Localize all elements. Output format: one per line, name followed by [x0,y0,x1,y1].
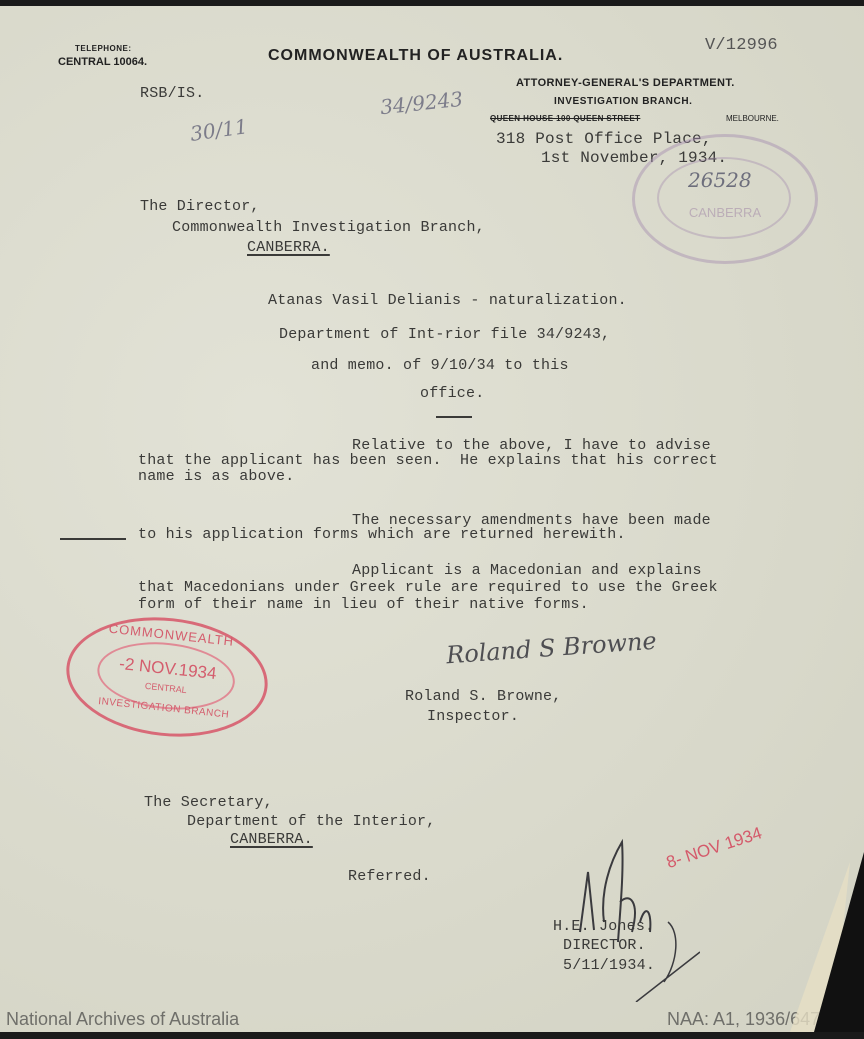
department-name: ATTORNEY-GENERAL'S DEPARTMENT. [516,77,735,89]
signer-title: Inspector. [427,708,519,725]
recipient-line-1: The Director, [140,198,260,215]
letterhead-title: COMMONWEALTH OF AUSTRALIA. [268,47,563,65]
handwritten-reference-2: 34/9243 [379,87,464,120]
para1-line-2: that the applicant has been seen. He exp… [138,452,718,469]
handwritten-reference-3: 26528 [688,168,752,192]
margin-mark [60,538,126,540]
subject-divider [436,416,472,418]
para2-line-2: to his application forms which are retur… [138,526,626,543]
subject-line-2: Department of Int-rior file 34/9243, [279,326,610,343]
para3-line-1: Applicant is a Macedonian and explains [352,562,702,579]
struck-address: QUEEN HOUSE 100 QUEEN STREET [490,114,640,123]
telephone-label: TELEPHONE: [75,44,132,53]
para3-line-3: form of their name in lieu of their nati… [138,596,589,613]
subject-line-1: Atanas Vasil Delianis - naturalization. [268,292,627,309]
referral-line-3: CANBERRA. [230,831,313,848]
city: MELBOURNE. [726,114,779,123]
referral-action: Referred. [348,868,431,885]
director-date: 5/11/1934. [563,957,655,974]
received-date-stamp-2: 8- NOV 1934 [664,823,765,873]
recipient-line-3: CANBERRA. [247,239,330,256]
document-page: TELEPHONE: CENTRAL 10064. COMMONWEALTH O… [0,6,864,1032]
typed-reference: RSB/IS. [140,85,204,102]
handwritten-signature-browne: Roland S Browne [445,627,657,670]
para3-line-2: that Macedonians under Greek rule are re… [138,579,718,596]
investigation-branch-received-stamp: COMMONWEALTH -2 NOV.1934 CENTRAL INVESTI… [60,608,273,746]
signer-name: Roland S. Browne, [405,688,561,705]
archive-name: National Archives of Australia [6,1009,239,1030]
telephone-number: CENTRAL 10064. [58,56,147,68]
referral-line-2: Department of the Interior, [187,813,435,830]
branch-name: INVESTIGATION BRANCH. [554,96,693,107]
page-corner-shadow [814,852,864,1032]
referral-line-1: The Secretary, [144,794,273,811]
canberra-received-stamp: CANBERRA [632,134,818,264]
director-title: DIRECTOR. [563,937,646,954]
file-number: V/12996 [705,36,778,55]
subject-line-4: office. [420,385,484,402]
subject-line-3: and memo. of 9/10/34 to this [311,357,569,374]
canberra-stamp-text: CANBERRA [635,205,815,220]
handwritten-reference-1: 30/11 [189,114,249,146]
para1-line-3: name is as above. [138,468,294,485]
recipient-line-2: Commonwealth Investigation Branch, [172,219,485,236]
director-name: H.E. Jones. [553,918,654,935]
